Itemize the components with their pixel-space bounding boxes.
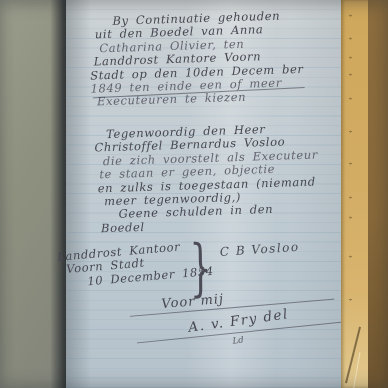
next-page-edge [368, 0, 388, 388]
paragraph-appearance: Tegenwoordig den Heer Christoffel Bernar… [64, 121, 320, 236]
ink-mark: ″ [345, 255, 353, 265]
handwritten-text: By Continuatie gehouden uit den Boedel v… [60, 0, 352, 388]
ink-mark: ″ [345, 298, 353, 308]
ink-mark: ″ [345, 130, 353, 140]
ink-mark: ″ [345, 196, 353, 206]
register-photo: By Continuatie gehouden uit den Boedel v… [0, 0, 388, 388]
ink-mark: ″ [345, 14, 353, 24]
ink-mark: ″ [345, 37, 353, 47]
ink-mark: ″ [345, 162, 353, 172]
ink-mark: ″ [345, 97, 353, 107]
curly-brace: } [189, 237, 211, 300]
ink-mark: ″ [345, 56, 353, 66]
ink-mark: ″ [345, 73, 353, 83]
register-page: By Continuatie gehouden uit den Boedel v… [66, 0, 346, 388]
signature-suffix: Ld [232, 335, 244, 346]
ink-mark: ″ [345, 216, 353, 226]
signature-vosloo: C B Vosloo [219, 240, 300, 259]
paragraph-opening: By Continuatie gehouden uit den Boedel v… [60, 9, 304, 110]
